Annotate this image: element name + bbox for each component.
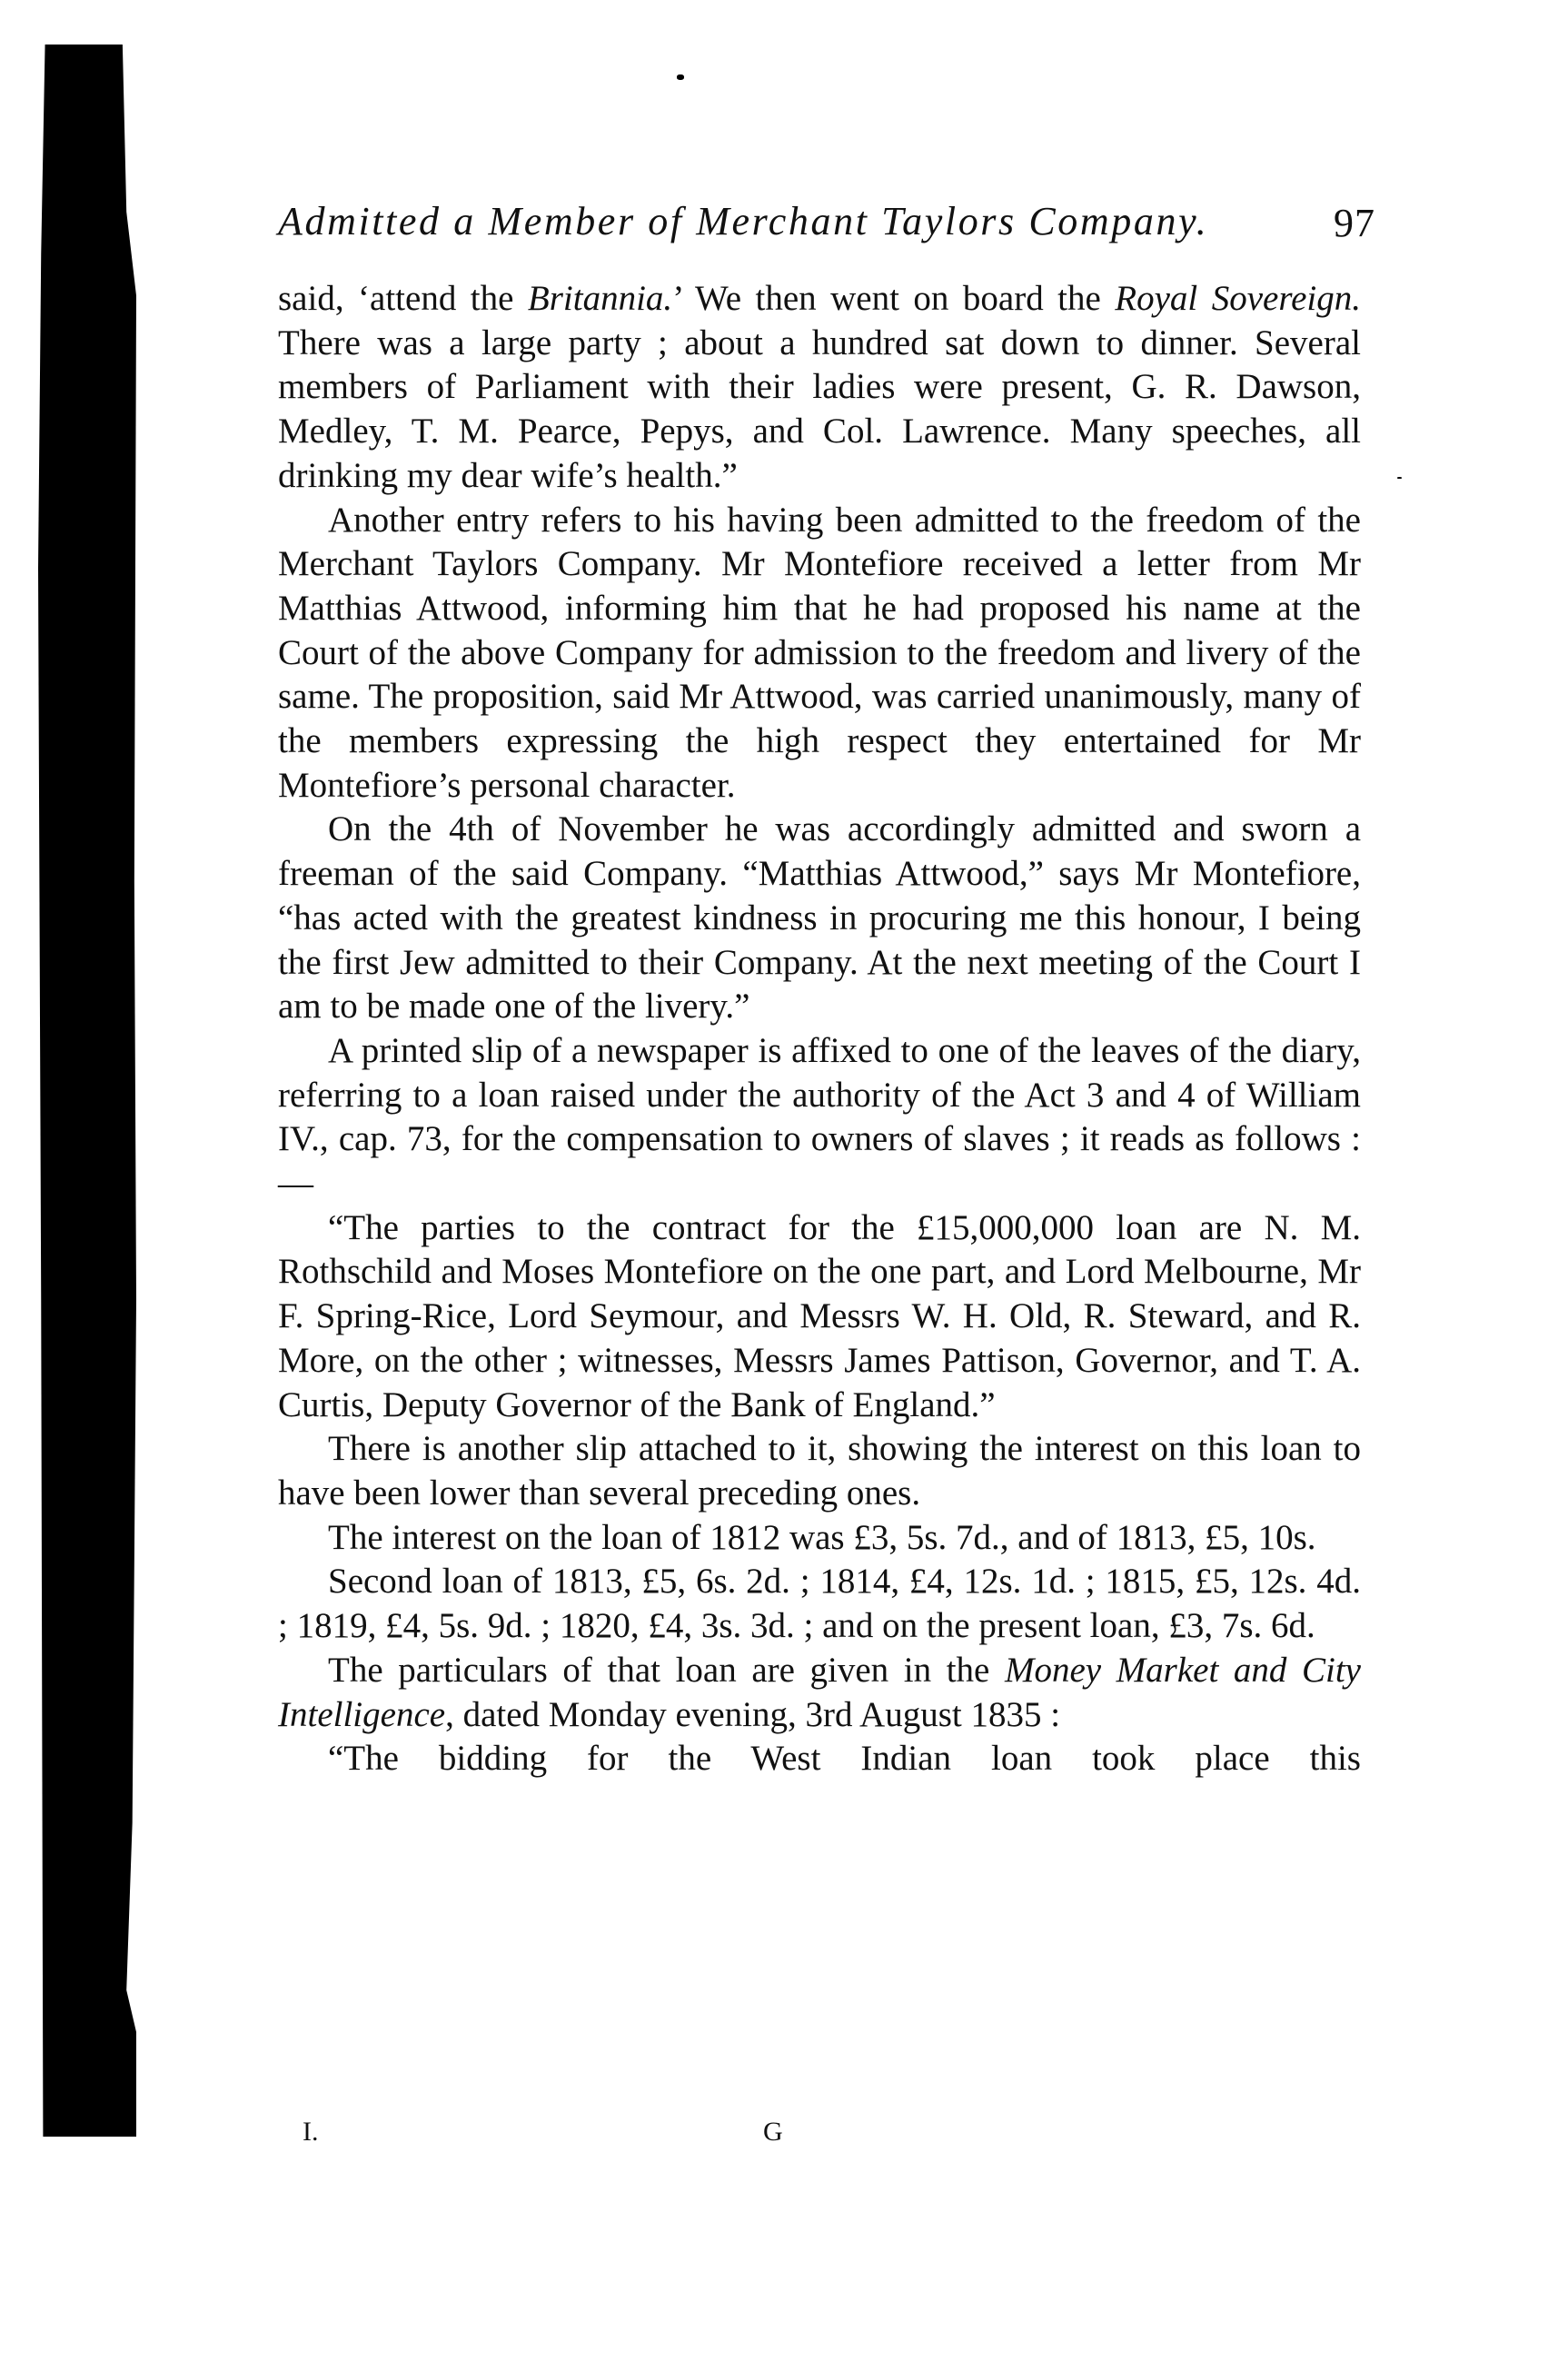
text-run: , dated Monday evening, 3rd August 1835 … [445, 1695, 1060, 1734]
signature-mark: G [763, 2117, 783, 2148]
paragraph: “The bidding for the West Indian loan to… [278, 1737, 1361, 1781]
scan-speck [677, 74, 684, 80]
running-title: Admitted a Member of Merchant Taylors Co… [278, 198, 1208, 244]
text-run: Second loan of 1813, £5, 6s. 2d. ; 1814,… [278, 1562, 1361, 1645]
text-run: A printed slip of a newspaper is affixed… [278, 1031, 1361, 1203]
text-run: On the 4th of November he was accordingl… [278, 809, 1361, 1026]
text-run: There was a large party ; about a hundre… [278, 323, 1361, 495]
text-run: The interest on the loan of 1812 was £3,… [328, 1518, 1316, 1557]
page-header: Admitted a Member of Merchant Taylors Co… [278, 198, 1377, 253]
paragraph: The particulars of that loan are given i… [278, 1649, 1361, 1737]
text-run: There is another slip attached to it, sh… [278, 1429, 1361, 1513]
text-run: “The parties to the contract for the £15… [278, 1208, 1361, 1424]
text-run: “The bidding for the West Indian loan to… [328, 1739, 1361, 1778]
scan-speck [1397, 477, 1402, 479]
paragraph: A printed slip of a newspaper is affixed… [278, 1029, 1361, 1206]
volume-mark: I. [303, 2117, 319, 2148]
paragraph: The interest on the loan of 1812 was £3,… [278, 1516, 1361, 1561]
paragraph: Another entry refers to his having been … [278, 499, 1361, 809]
paragraph: Second loan of 1813, £5, 6s. 2d. ; 1814,… [278, 1560, 1361, 1648]
scan-binding-shadow [38, 45, 136, 2137]
paragraph: “The parties to the contract for the £15… [278, 1206, 1361, 1428]
paragraph: said, ‘attend the Britannia.’ We then we… [278, 277, 1361, 499]
text-run: The particulars of that loan are given i… [328, 1651, 1005, 1690]
text-run: said, ‘attend the [278, 279, 528, 318]
ship-name-britannia: Britannia. [528, 279, 672, 318]
text-run: Another entry refers to his having been … [278, 501, 1361, 805]
body-text: said, ‘attend the Britannia.’ We then we… [278, 277, 1361, 1781]
text-run: ’ We then went on board the [672, 279, 1115, 318]
paragraph: There is another slip attached to it, sh… [278, 1427, 1361, 1515]
ship-name-royal-sovereign: Royal Sovereign. [1115, 279, 1361, 318]
book-page: Admitted a Member of Merchant Taylors Co… [0, 0, 1568, 2371]
page-footer: I. G [0, 2117, 1568, 2162]
paragraph: On the 4th of November he was accordingl… [278, 808, 1361, 1029]
page-number: 97 [1334, 200, 1375, 246]
